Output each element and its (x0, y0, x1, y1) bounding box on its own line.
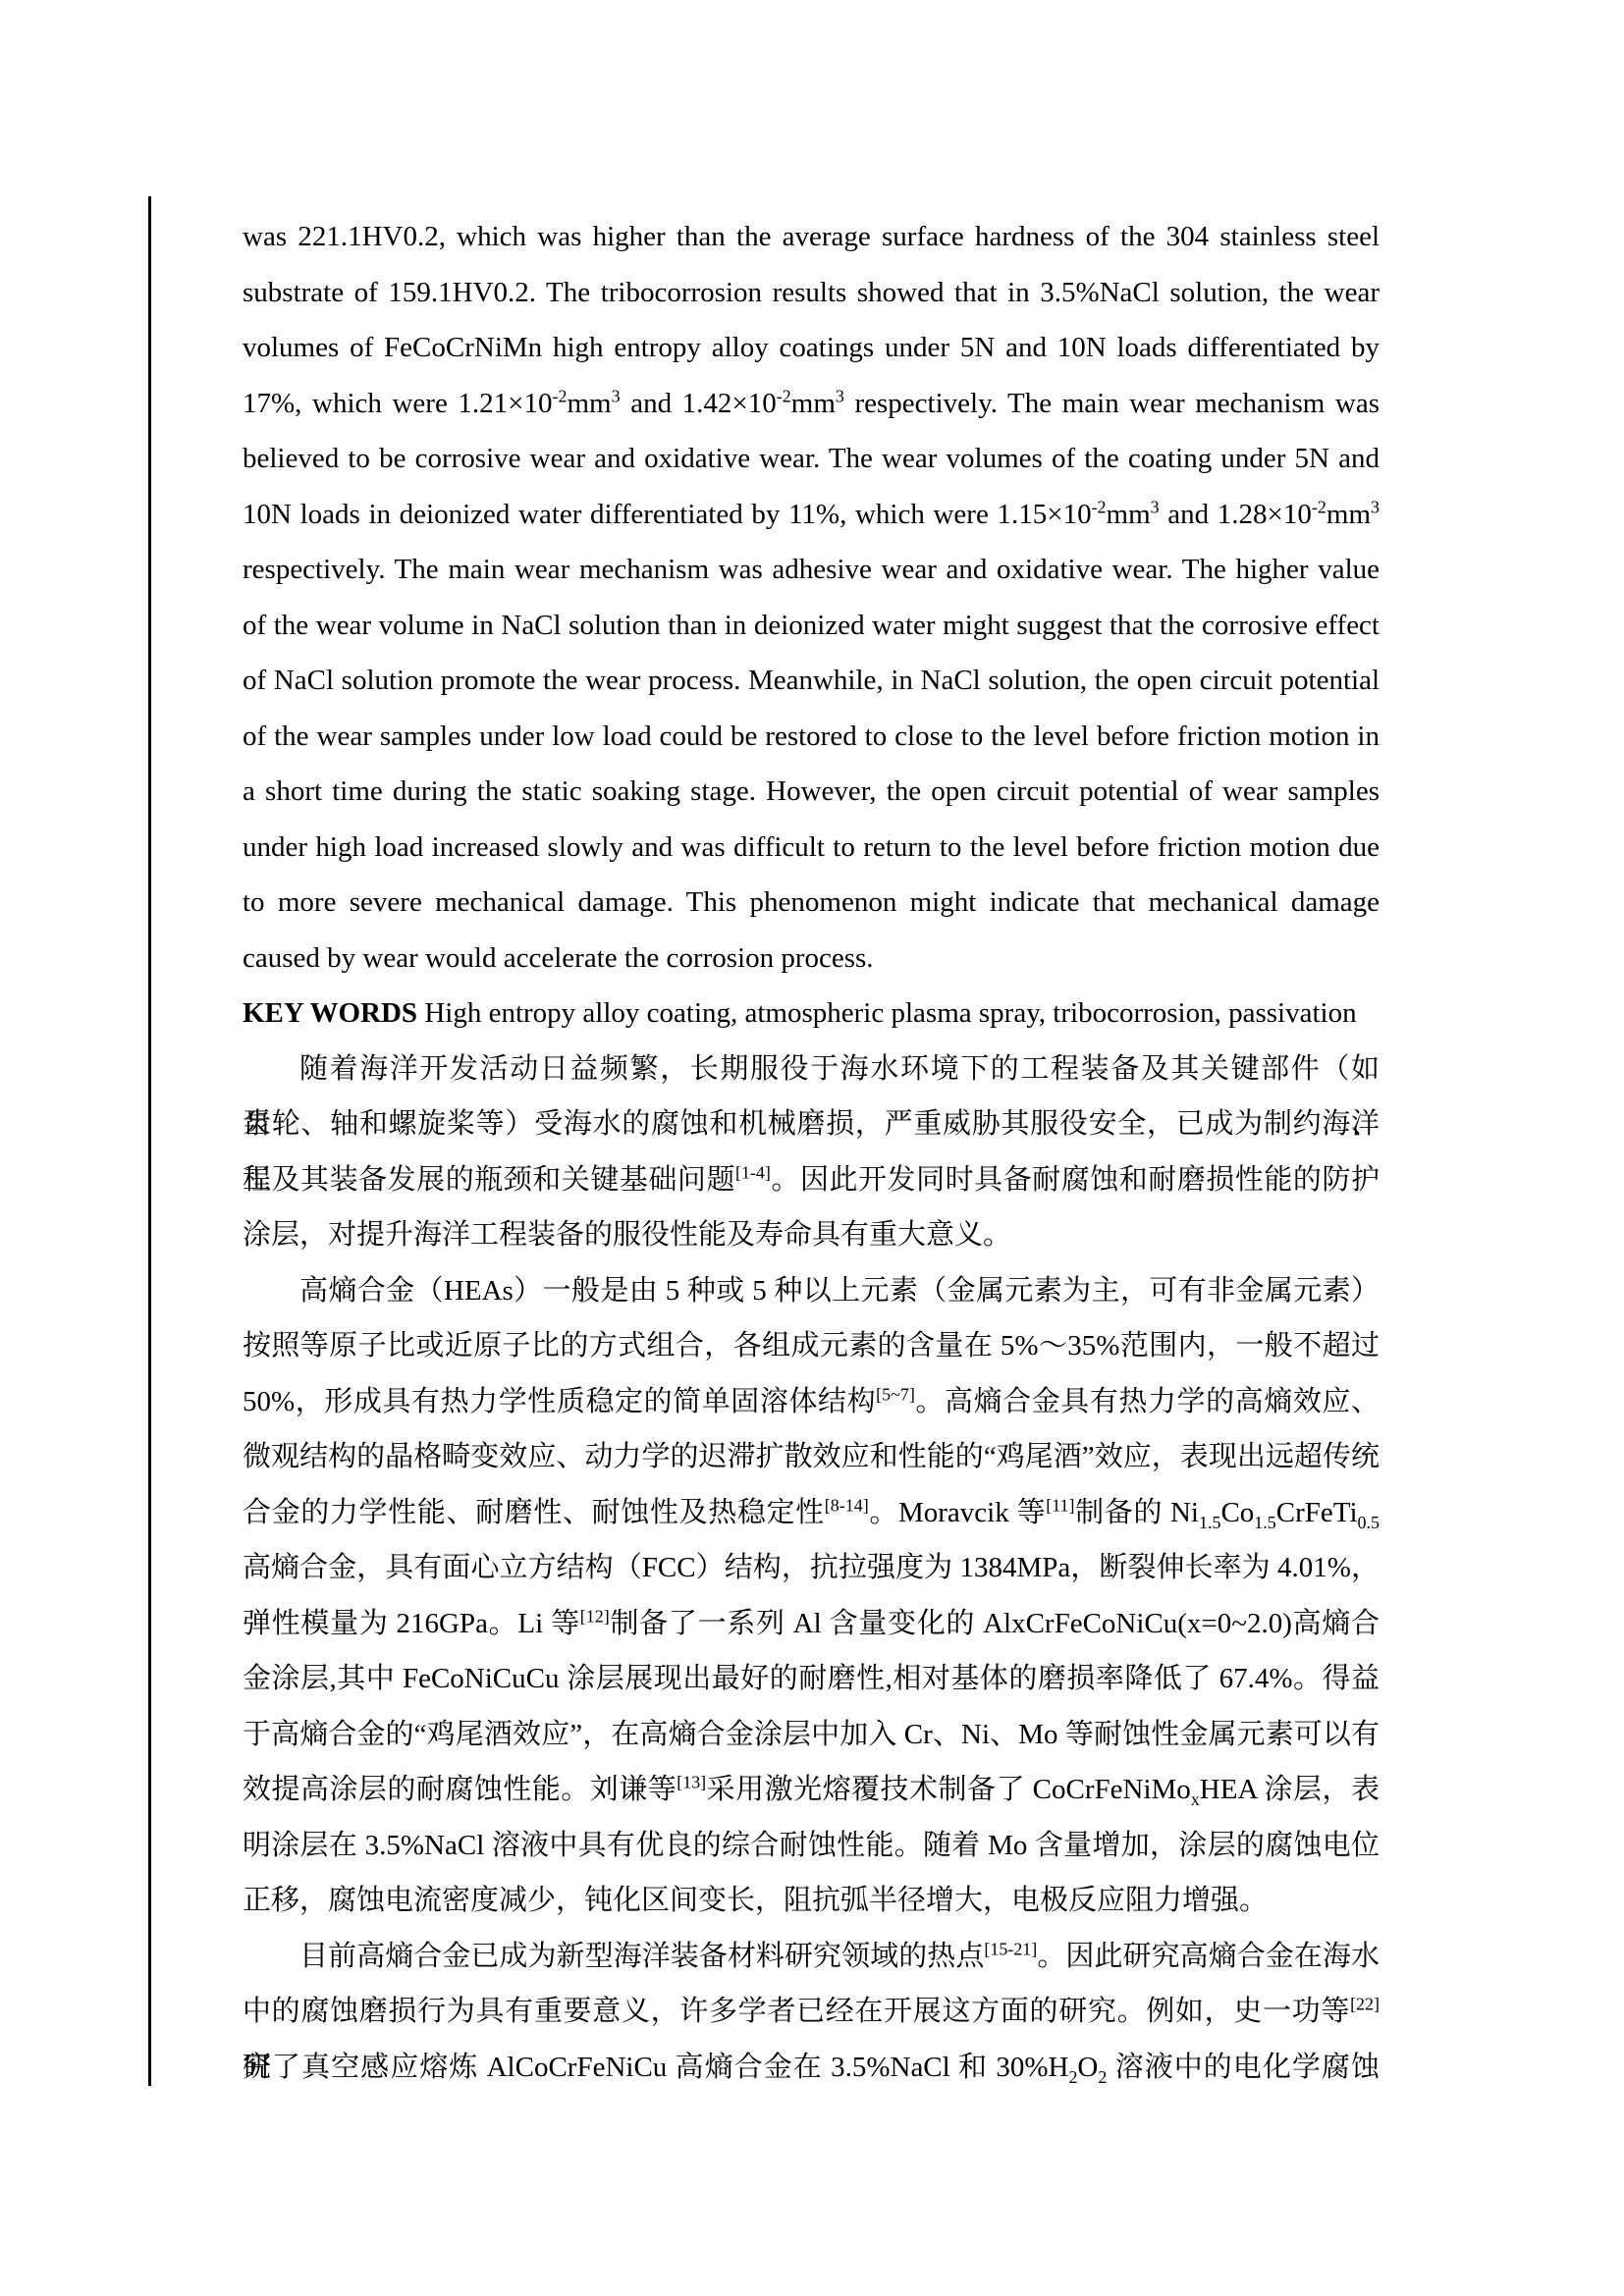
body-text: 高熵合金（HEAs）一般是由 5 种或 5 种以上元素（金属元素为主，可有非金属… (299, 1275, 1380, 1307)
body-text: Co (1220, 1497, 1254, 1528)
body-text: 弹性模量为 216GPa。Li 等 (243, 1608, 580, 1639)
body-text: mm (1107, 499, 1151, 530)
margin-change-bar (148, 196, 151, 2086)
body-text: 目前高熵合金已成为新型海洋装备材料研究领域的热点 (299, 1941, 984, 1972)
body-text: and 1.28×10 (1160, 499, 1312, 530)
subscript-text: x (1191, 1789, 1200, 1809)
body-text: to more severe mechanical damage. This p… (243, 886, 1380, 918)
text-line: 50%，形成具有热力学性质稳定的简单固溶体结构[5~7]。高熵合金具有热力学的高… (243, 1374, 1380, 1430)
text-line: was 221.1HV0.2, which was higher than th… (243, 209, 1380, 265)
text-line: 于高熵合金的“鸡尾酒效应”，在高熵合金涂层中加入 Cr、Ni、Mo 等耐蚀性金属… (243, 1707, 1380, 1763)
subscript-text: 2 (1098, 2066, 1107, 2086)
body-text: 金涂层,其中 FeCoNiCuCu 涂层展现出最好的耐磨性,相对基体的磨损率降低… (243, 1663, 1380, 1694)
superscript-text: [8-14] (825, 1495, 869, 1515)
text-line: 究了真空感应熔炼 AlCoCrFeNiCu 高熵合金在 3.5%NaCl 和 3… (243, 2040, 1380, 2096)
subscript-text: 1.5 (1254, 1512, 1275, 1531)
superscript-text: -2 (553, 386, 568, 405)
body-text: CrFeTi (1276, 1497, 1358, 1528)
body-text: 溶液中的电化学腐蚀 (1107, 2052, 1380, 2083)
text-line: of the wear volume in NaCl solution than… (243, 598, 1380, 654)
body-text: 正移，腐蚀电流密度减少，钝化区间变长，阻抗弧半径增大，电极反应阻力增强。 (243, 1885, 1268, 1916)
body-text: 微观结构的晶格畸变效应、动力学的迟滞扩散效应和性能的“鸡尾酒”效应，表现出远超传… (243, 1441, 1380, 1472)
body-text: 合金的力学性能、耐磨性、耐蚀性及热稳定性 (243, 1497, 825, 1528)
body-text: 按照等原子比或近原子比的方式组合，各组成元素的含量在 5%～35%范围内，一般不… (243, 1330, 1380, 1362)
body-text: 效提高涂层的耐腐蚀性能。刘谦等 (243, 1774, 677, 1805)
text-line: 中的腐蚀磨损行为具有重要意义，许多学者已经在开展这方面的研究。例如，史一功等[2… (243, 1984, 1380, 2040)
superscript-text: -2 (777, 386, 791, 405)
body-text: 。Moravcik 等 (869, 1497, 1047, 1528)
text-line: caused by wear would accelerate the corr… (243, 931, 1380, 987)
superscript-text: 3 (1371, 497, 1380, 516)
text-line: of NaCl solution promote the wear proces… (243, 653, 1380, 709)
body-text: High entropy alloy coating, atmospheric … (417, 997, 1357, 1029)
text-line: under high load increased slowly and was… (243, 820, 1380, 876)
text-line: respectively. The main wear mechanism wa… (243, 542, 1380, 598)
text-line: 明涂层在 3.5%NaCl 溶液中具有优良的综合耐蚀性能。随着 Mo 含量增加，… (243, 1818, 1380, 1874)
body-text: volumes of FeCoCrNiMn high entropy alloy… (243, 332, 1380, 363)
text-line: 正移，腐蚀电流密度减少，钝化区间变长，阻抗弧半径增大，电极反应阻力增强。 (243, 1873, 1380, 1929)
text-line: 高熵合金，具有面心立方结构（FCC）结构，抗拉强度为 1384MPa，断裂伸长率… (243, 1540, 1380, 1596)
text-line: 合金的力学性能、耐磨性、耐蚀性及热稳定性[8-14]。Moravcik 等[11… (243, 1485, 1380, 1541)
text-line: 17%, which were 1.21×10-2mm3 and 1.42×10… (243, 376, 1380, 432)
body-text: believed to be corrosive wear and oxidat… (243, 443, 1380, 474)
body-text: mm (1326, 499, 1371, 530)
body-text: and 1.42×10 (621, 388, 777, 419)
text-line: 目前高熵合金已成为新型海洋装备材料研究领域的热点[15-21]。因此研究高熵合金… (243, 1929, 1380, 1985)
text-line: 高熵合金（HEAs）一般是由 5 种或 5 种以上元素（金属元素为主，可有非金属… (243, 1263, 1380, 1319)
superscript-text: [11] (1046, 1495, 1074, 1515)
superscript-text: [15-21] (984, 1939, 1037, 1958)
text-line: 效提高涂层的耐腐蚀性能。刘谦等[13]采用激光熔覆技术制备了 CoCrFeNiM… (243, 1762, 1380, 1818)
body-text: 。因此开发同时具备耐腐蚀和耐磨损性能的防护 (771, 1164, 1380, 1196)
body-text: 。因此研究高熵合金在海水 (1037, 1941, 1380, 1972)
body-text: 究了真空感应熔炼 AlCoCrFeNiCu 高熵合金在 3.5%NaCl 和 3… (243, 2052, 1068, 2083)
text-line: 齿轮、轴和螺旋桨等）受海水的腐蚀和机械磨损，严重威胁其服役安全，已成为制约海洋工 (243, 1096, 1380, 1152)
body-text: 高熵合金，具有面心立方结构（FCC）结构，抗拉强度为 1384MPa，断裂伸长率… (243, 1552, 1380, 1583)
body-text: HEA 涂层，表 (1200, 1774, 1380, 1805)
text-line: to more severe mechanical damage. This p… (243, 875, 1380, 931)
body-text: 涂层，对提升海洋工程装备的服役性能及寿命具有重大意义。 (243, 1219, 1011, 1251)
superscript-text: -2 (1312, 497, 1326, 516)
subscript-text: 1.5 (1199, 1512, 1220, 1531)
body-text: 制备的 Ni (1075, 1497, 1199, 1528)
text-line: believed to be corrosive wear and oxidat… (243, 431, 1380, 487)
body-text: O (1077, 2052, 1098, 2083)
text-line: 程及其装备发展的瓶颈和关键基础问题[1-4]。因此开发同时具备耐腐蚀和耐磨损性能… (243, 1152, 1380, 1208)
body-text: under high load increased slowly and was… (243, 831, 1380, 863)
text-line: 微观结构的晶格畸变效应、动力学的迟滞扩散效应和性能的“鸡尾酒”效应，表现出远超传… (243, 1429, 1380, 1485)
superscript-text: [1-4] (735, 1162, 771, 1182)
text-line: substrate of 159.1HV0.2. The tribocorros… (243, 265, 1380, 321)
text-line: 10N loads in deionized water differentia… (243, 487, 1380, 543)
body-text: was 221.1HV0.2, which was higher than th… (243, 221, 1380, 252)
superscript-text: 3 (836, 386, 844, 405)
body-text: substrate of 159.1HV0.2. The tribocorros… (243, 277, 1380, 308)
body-text: 于高熵合金的“鸡尾酒效应”，在高熵合金涂层中加入 Cr、Ni、Mo 等耐蚀性金属… (243, 1719, 1380, 1750)
body-text: 17%, which were 1.21×10 (243, 388, 553, 419)
bold-text: KEY WORDS (243, 997, 417, 1029)
text-line: a short time during the static soaking s… (243, 764, 1380, 820)
text-line: 随着海洋开发活动日益频繁，长期服役于海水环境下的工程装备及其关键部件（如泵、 (243, 1041, 1380, 1097)
body-text: respectively. The main wear mechanism wa… (243, 554, 1380, 585)
body-text: of NaCl solution promote the wear proces… (243, 665, 1380, 696)
body-text: mm (568, 388, 612, 419)
body-text: caused by wear would accelerate the corr… (243, 942, 874, 974)
superscript-text: 3 (612, 386, 621, 405)
body-text: 。高熵合金具有热力学的高熵效应、 (915, 1386, 1380, 1417)
body-text: 采用激光熔覆技术制备了 CoCrFeNiMo (706, 1774, 1191, 1805)
superscript-text: [22] (1350, 1994, 1380, 2013)
text-line: 金涂层,其中 FeCoNiCuCu 涂层展现出最好的耐磨性,相对基体的磨损率降低… (243, 1651, 1380, 1707)
subscript-text: 0.5 (1358, 1512, 1380, 1531)
body-text: 程及其装备发展的瓶颈和关键基础问题 (243, 1164, 735, 1196)
body-text: 中的腐蚀磨损行为具有重要意义，许多学者已经在开展这方面的研究。例如，史一功等 (243, 1996, 1350, 2027)
body-text: 明涂层在 3.5%NaCl 溶液中具有优良的综合耐蚀性能。随着 Mo 含量增加，… (243, 1830, 1380, 1861)
text-line: KEY WORDS High entropy alloy coating, at… (243, 986, 1380, 1041)
body-text: 50%，形成具有热力学性质稳定的简单固溶体结构 (243, 1386, 876, 1417)
body-text: of the wear samples under low load could… (243, 721, 1380, 752)
body-text: a short time during the static soaking s… (243, 775, 1380, 807)
text-line: 弹性模量为 216GPa。Li 等[12]制备了一系列 Al 含量变化的 Alx… (243, 1596, 1380, 1652)
document-page: was 221.1HV0.2, which was higher than th… (0, 0, 1624, 2296)
superscript-text: 3 (1151, 497, 1160, 516)
text-block: was 221.1HV0.2, which was higher than th… (243, 209, 1380, 2095)
superscript-text: -2 (1092, 497, 1107, 516)
text-line: 按照等原子比或近原子比的方式组合，各组成元素的含量在 5%～35%范围内，一般不… (243, 1318, 1380, 1374)
text-line: volumes of FeCoCrNiMn high entropy alloy… (243, 320, 1380, 376)
superscript-text: [12] (580, 1606, 610, 1626)
body-text: 制备了一系列 Al 含量变化的 AlxCrFeCoNiCu(x=0~2.0)高熵… (610, 1608, 1380, 1639)
body-text: 10N loads in deionized water differentia… (243, 499, 1092, 530)
text-line: of the wear samples under low load could… (243, 709, 1380, 765)
superscript-text: [5~7] (876, 1384, 915, 1404)
body-text: mm (791, 388, 836, 419)
body-text: respectively. The main wear mechanism wa… (844, 388, 1380, 419)
body-text: of the wear volume in NaCl solution than… (243, 610, 1380, 641)
superscript-text: [13] (677, 1772, 706, 1791)
text-line: 涂层，对提升海洋工程装备的服役性能及寿命具有重大意义。 (243, 1207, 1380, 1263)
